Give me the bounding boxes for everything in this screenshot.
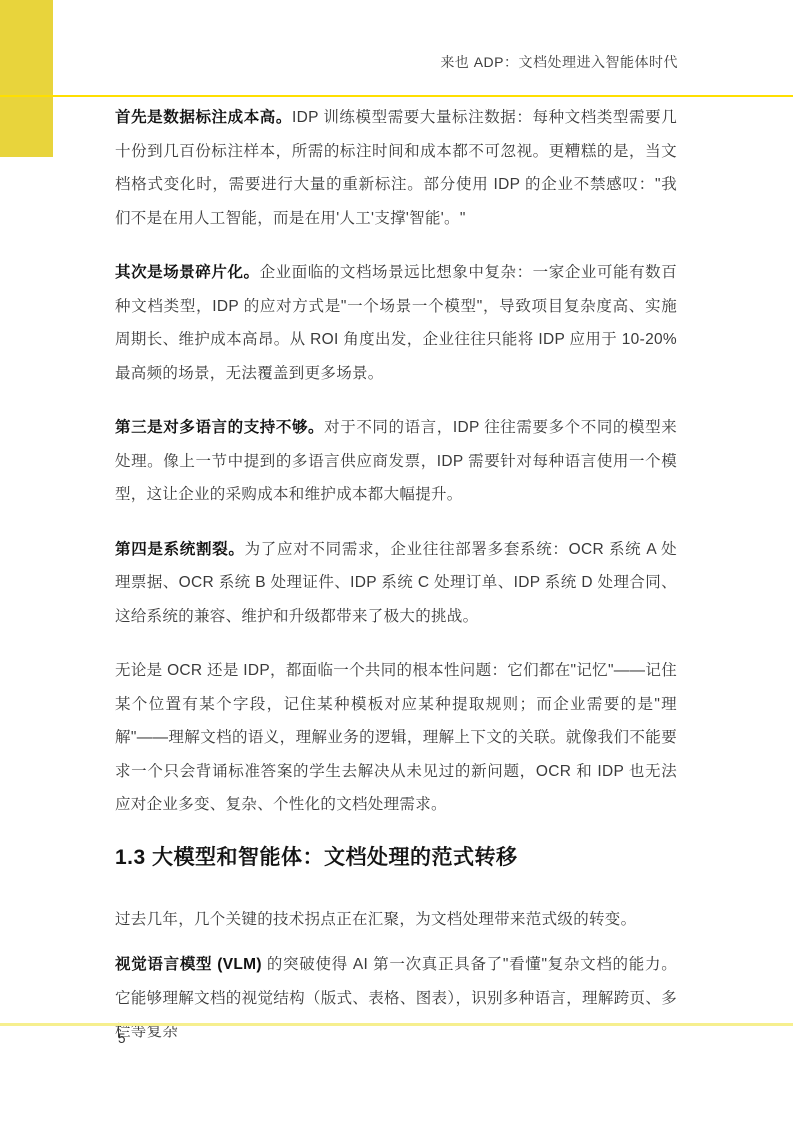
paragraph-text: 过去几年，几个关键的技术拐点正在汇聚，为文档处理带来范式级的转变。 [115, 911, 636, 928]
paragraph-multilingual-support: 第三是对多语言的支持不够。对于不同的语言，IDP 往往需要多个不同的模型来处理。… [115, 411, 677, 512]
paragraph-lead: 首先是数据标注成本高。 [115, 109, 292, 126]
header-rule [0, 95, 793, 97]
paragraph-lead: 其次是场景碎片化。 [115, 264, 260, 281]
running-header-title: 来也 ADP：文档处理进入智能体时代 [440, 54, 678, 70]
footer-rule [0, 1023, 793, 1026]
paragraph-lead: 第三是对多语言的支持不够。 [115, 419, 324, 436]
paragraph-system-silos: 第四是系统割裂。为了应对不同需求，企业往往部署多套系统：OCR 系统 A 处理票… [115, 533, 677, 634]
paragraph-lead: 第四是系统割裂。 [115, 541, 245, 558]
paragraph-data-annotation-cost: 首先是数据标注成本高。IDP 训练模型需要大量标注数据：每种文档类型需要几十份到… [115, 101, 677, 235]
paragraph-paradigm-intro: 过去几年，几个关键的技术拐点正在汇聚，为文档处理带来范式级的转变。 [115, 903, 677, 937]
paragraph-memory-vs-understanding: 无论是 OCR 还是 IDP，都面临一个共同的根本性问题：它们都在"记忆"——记… [115, 654, 677, 822]
paragraph-text: IDP 训练模型需要大量标注数据：每种文档类型需要几十份到几百份标注样本，所需的… [115, 109, 677, 227]
page-header: 来也 ADP：文档处理进入智能体时代 [115, 52, 678, 72]
section-heading: 1.3 大模型和智能体：文档处理的范式转移 [115, 843, 677, 873]
page-number: 5 [118, 1031, 126, 1046]
document-page: 来也 ADP：文档处理进入智能体时代 首先是数据标注成本高。IDP 训练模型需要… [0, 0, 793, 1122]
document-body: 首先是数据标注成本高。IDP 训练模型需要大量标注数据：每种文档类型需要几十份到… [115, 101, 677, 1049]
paragraph-lead: 视觉语言模型 (VLM) [115, 956, 262, 973]
corner-accent-block [0, 0, 53, 157]
paragraph-text: 无论是 OCR 还是 IDP，都面临一个共同的根本性问题：它们都在"记忆"——记… [115, 662, 677, 813]
paragraph-vlm-breakthrough: 视觉语言模型 (VLM) 的突破使得 AI 第一次真正具备了"看懂"复杂文档的能… [115, 948, 677, 1049]
paragraph-scene-fragmentation: 其次是场景碎片化。企业面临的文档场景远比想象中复杂：一家企业可能有数百种文档类型… [115, 256, 677, 390]
paragraph-text: 企业面临的文档场景远比想象中复杂：一家企业可能有数百种文档类型，IDP 的应对方… [115, 264, 677, 382]
